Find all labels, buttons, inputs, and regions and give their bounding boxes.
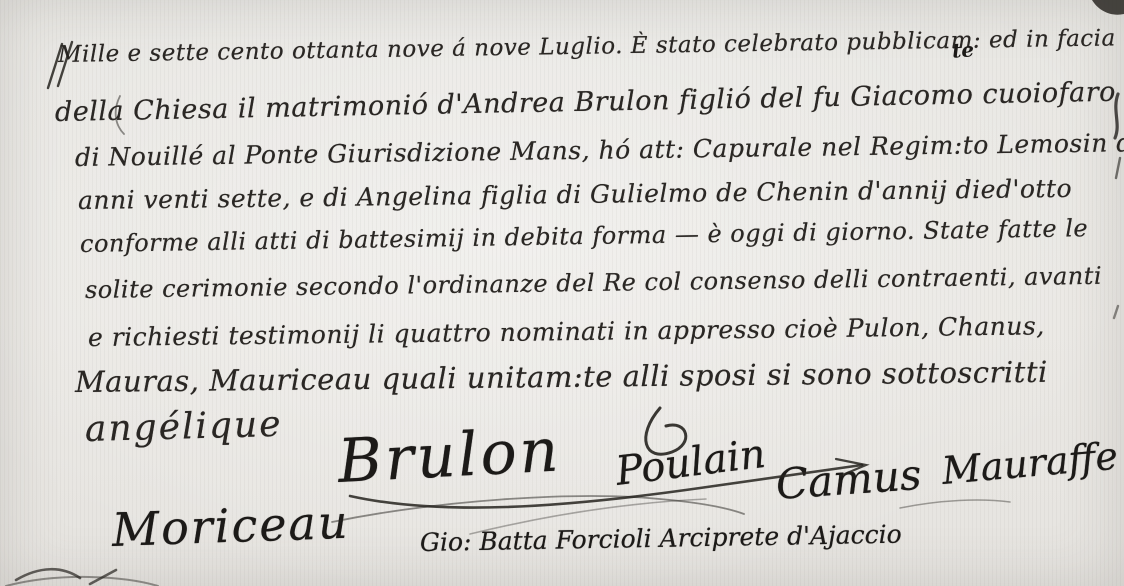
manuscript-line-3: di Nouillé al Ponte Giurisdizione Mans, … bbox=[75, 130, 1124, 170]
manuscript-line-5: conforme alli atti di battesimij in debi… bbox=[80, 216, 1089, 256]
manuscript-line-8: Mauras, Mauriceau quali unitam:te alli s… bbox=[75, 358, 1048, 397]
bride-signature-angelique: angélique bbox=[85, 407, 283, 448]
signature-moriceau: Moriceau bbox=[111, 499, 350, 553]
moriceau-flourish bbox=[332, 496, 1010, 522]
manuscript-line-6: solite cerimonie secondo l'ordinanze del… bbox=[85, 264, 1102, 302]
manuscript-line-4: anni venti sette, e di Angelina figlia d… bbox=[78, 176, 1072, 213]
signature-camus: Camus bbox=[775, 454, 923, 506]
corner-ink-blot bbox=[1092, 0, 1124, 15]
manuscript-line-7: e richiesti testimonij li quattro nomina… bbox=[88, 313, 1045, 350]
cutoff-writing bbox=[6, 569, 158, 586]
manuscript-page-scan: Mille e sette cento ottanta nove á nove … bbox=[0, 0, 1124, 586]
superscript-insertion: te bbox=[951, 37, 975, 62]
manuscript-line-2: della Chiesa il matrimonió d'Andrea Brul… bbox=[55, 79, 1116, 126]
signature-mauraffe: Mauraffe bbox=[940, 437, 1119, 490]
signature-archpriest-forcioli: Gio: Batta Forcioli Arciprete d'Ajaccio bbox=[420, 522, 902, 555]
signature-brulon: Brulon bbox=[336, 420, 562, 492]
signature-poulain: Poulain bbox=[614, 434, 768, 492]
